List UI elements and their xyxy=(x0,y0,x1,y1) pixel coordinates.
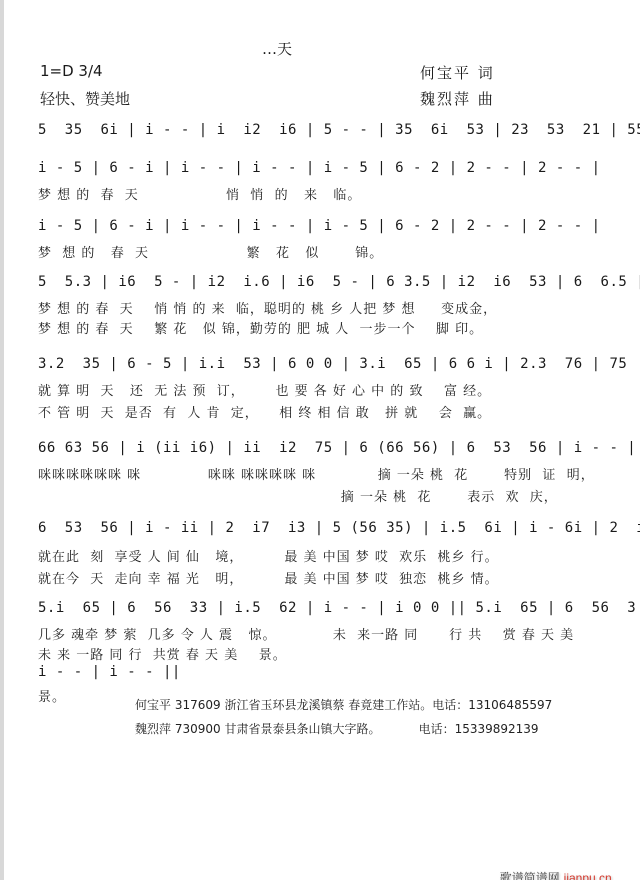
site-watermark: 歌谱简谱网jianpu.cn xyxy=(492,855,612,880)
lyric-line-3a: 梦 想 的 春 天 繁 花 似 锦。 xyxy=(38,242,383,261)
lyric-line-4b: 梦 想 的 春 天 繁 花 似 锦，勤劳的 肥 城 人 一步一个 脚 印。 xyxy=(38,318,483,337)
score-line-8: 5.i 65 | 6 56 33 | i.5 62 | i - - | i 0 … xyxy=(38,600,640,616)
watermark-brand: jianpu.cn xyxy=(564,871,612,880)
key-signature: 1=D 3/4 xyxy=(40,62,103,80)
scan-edge xyxy=(0,0,4,880)
score-line-6: 66 63 56 | i (ii i6) | ii i2 75 | 6 (66 … xyxy=(38,440,640,456)
score-line-5: 3.2 35 | 6 - 5 | i.i 53 | 6 0 0 | 3.i 65… xyxy=(38,356,640,372)
lyric-line-5a: 就 算 明 天 还 无 法 预 订， 也 要 各 好 心 中 的 致 富 经。 xyxy=(38,380,491,399)
watermark-text: 歌谱简谱网 xyxy=(500,871,560,880)
contact-composer: 魏烈萍 730900 甘肃省景泰县条山镇大字路。 电话：15339892139 xyxy=(135,720,539,737)
score-line-1: 5 35 6i | i - - | i i2 i6 | 5 - - | 35 6… xyxy=(38,122,640,138)
score-line-9: i - - | i - - || xyxy=(38,664,181,680)
lyric-line-9a: 景。 xyxy=(38,686,66,705)
lyric-line-6a: 咪咪咪咪咪咪 咪 咪咪 咪咪咪咪 咪 摘 一朵 桃 花 特别 证 明， xyxy=(38,464,595,483)
expression-marking: 轻快、赞美地 xyxy=(40,88,130,109)
score-line-2: i - 5 | 6 - i | i - - | i - - | i - 5 | … xyxy=(38,160,601,176)
lyric-line-2a: 梦 想 的 春 天 悄 悄 的 来 临。 xyxy=(38,184,361,203)
composer-credit: 魏烈萍 曲 xyxy=(420,88,495,109)
score-line-4: 5 5.3 | i6 5 - | i2 i.6 | i6 5 - | 6 3.5… xyxy=(38,274,640,290)
score-line-3: i - 5 | 6 - i | i - - | i - - | i - 5 | … xyxy=(38,218,601,234)
lyric-line-6b: 摘 一朵 桃 花 表示 欢 庆， xyxy=(38,486,558,505)
lyric-line-4a: 梦 想 的 春 天 悄 悄 的 来 临，聪明的 桃 乡 人把 梦 想 变成金， xyxy=(38,298,497,317)
score-line-7: 6 53 56 | i - ii | 2 i7 i3 | 5 (56 35) |… xyxy=(38,520,640,536)
contact-lyricist: 何宝平 317609 浙江省玉环县龙溪镇蔡 春竟建工作站。电话：13106485… xyxy=(135,696,552,713)
lyricist-credit: 何宝平 词 xyxy=(420,62,495,83)
lyric-line-7b: 就在今 天 走向 幸 福 光 明， 最 美 中国 梦 哎 独恋 桃乡 情。 xyxy=(38,568,499,587)
lyric-line-5b: 不 管 明 天 是否 有 人 肯 定， 相 终 相 信 敢 拼 就 会 赢。 xyxy=(38,402,491,421)
lyric-line-8b: 未 来 一路 同 行 共赏 春 天 美 景。 xyxy=(38,644,287,663)
lyric-line-8a: 几多 魂牵 梦 萦 几多 令 人 震 惊。 未 来一路 同 行 共 赏 春 天 … xyxy=(38,624,574,643)
song-title: …天 xyxy=(262,38,292,59)
lyric-line-7a: 就在此 刻 享受 人 间 仙 境， 最 美 中国 梦 哎 欢乐 桃乡 行。 xyxy=(38,546,499,565)
